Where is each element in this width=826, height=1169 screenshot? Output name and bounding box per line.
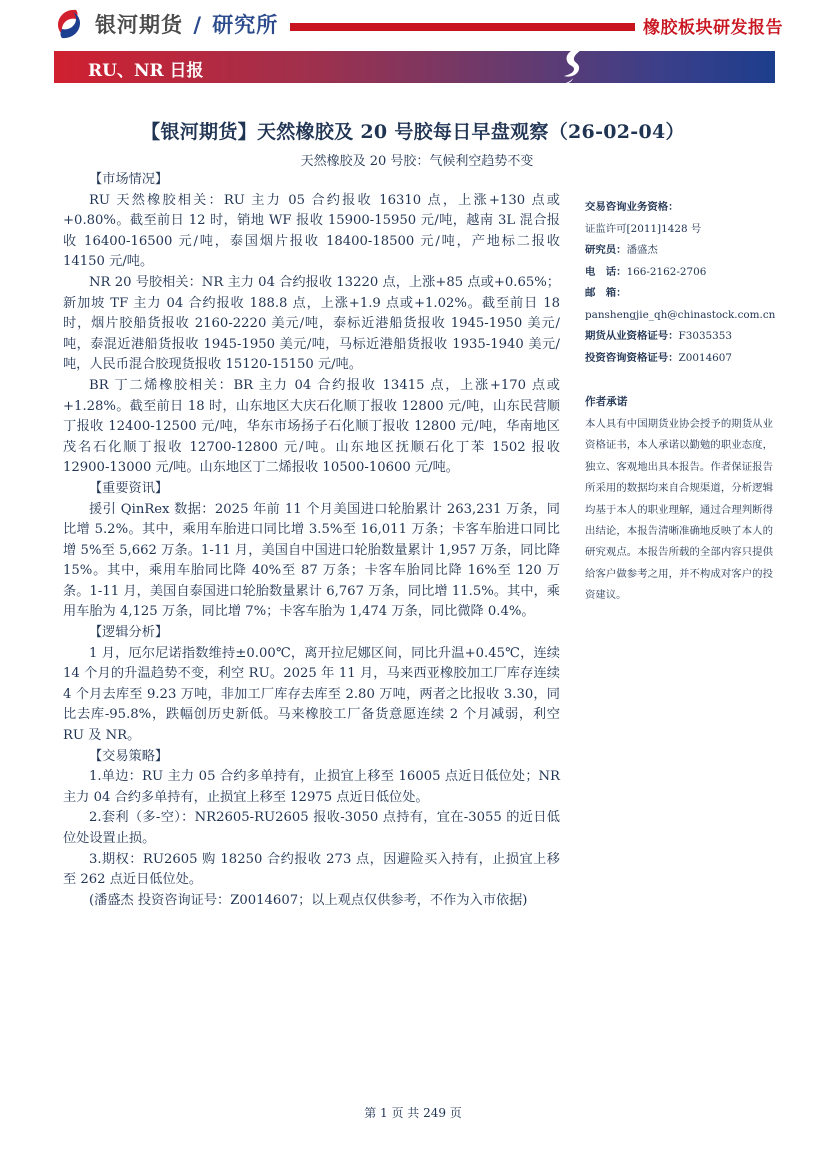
researcher-label: 研究员： [585, 244, 627, 256]
section-heading-strategy: 【交易策略】 [63, 747, 560, 768]
market-paragraph-ru: RU 天然橡胶相关：RU 主力 05 合约报收 16310 点，上涨+130 点… [63, 191, 560, 273]
header-divider [290, 23, 635, 31]
futures-cert-value: F3035353 [679, 330, 733, 342]
report-type-label: 橡胶板块研发报告 [643, 13, 783, 38]
strategy-options: 3.期权：RU2605 购 18250 合约报收 273 点，因避险买入持有，止… [63, 850, 560, 891]
phone-row: 电 话：166-2162-2706 [585, 262, 785, 284]
news-paragraph: 援引 QinRex 数据：2025 年前 11 个月美国进口轮胎累计 263,2… [63, 500, 560, 624]
invest-cert-value: Z0014607 [679, 352, 733, 364]
qualification-value: 证监许可[2011]1428 号 [585, 223, 701, 235]
section-heading-news: 【重要资讯】 [63, 479, 560, 500]
strategy-single-side: 1.单边：RU 主力 05 合约多单持有，止损宜上移至 16005 点近日低位处… [63, 767, 560, 808]
phone-label: 电 话： [585, 266, 627, 278]
email-link[interactable]: panshengjie_qh@chinastock.com.cn [585, 309, 775, 321]
report-title: 【银河期货】天然橡胶及 20 号胶每日早盘观察（26-02-04） [0, 117, 826, 144]
brand-name: 银河期货 / 研究所 [95, 9, 278, 39]
email-label: 邮 箱： [585, 287, 627, 299]
brand-slash: / [193, 13, 202, 37]
page-number: 第 1 页 共 249 页 [0, 1104, 826, 1121]
swirl-s-icon [558, 45, 588, 87]
logic-paragraph: 1 月，厄尔尼诺指数维持±0.00℃，离开拉尼娜区间，同比升温+0.45℃，连续… [63, 644, 560, 747]
report-header: 银河期货 / 研究所 橡胶板块研发报告 RU、NR 日报 [0, 0, 826, 95]
report-body: 【市场情况】 RU 天然橡胶相关：RU 主力 05 合约报收 16310 点，上… [63, 170, 560, 911]
invest-cert-label: 投资咨询资格证号： [585, 352, 679, 364]
brand-company: 银河期货 [95, 13, 183, 37]
email-value-row: panshengjie_qh@chinastock.com.cn [585, 305, 785, 327]
researcher-name: 潘盛杰 [627, 244, 658, 256]
author-promise-title: 作者承诺 [585, 394, 627, 409]
strategy-arbitrage: 2.套利（多-空）：NR2605-RU2605 报收-3050 点持有，宜在-3… [63, 808, 560, 849]
market-paragraph-br: BR 丁二烯橡胶相关：BR 主力 04 合约报收 13415 点，上涨+170 … [63, 376, 560, 479]
author-promise-text: 本人具有中国期货业协会授予的期货从业资格证书，本人承诺以勤勉的职业态度，独立、客… [585, 414, 773, 607]
invest-cert-row: 投资咨询资格证号：Z0014607 [585, 348, 785, 370]
galaxy-futures-logo-icon [54, 8, 84, 40]
futures-cert-row: 期货从业资格证号：F3035353 [585, 326, 785, 348]
qualification-value-row: 证监许可[2011]1428 号 [585, 219, 785, 241]
analyst-disclaimer: (潘盛杰 投资咨询证号：Z0014607；以上观点仅供参考，不作为入市依据) [63, 891, 560, 912]
section-heading-logic: 【逻辑分析】 [63, 623, 560, 644]
qualification-label: 交易咨询业务资格： [585, 201, 679, 213]
report-subtitle: 天然橡胶及 20 号胶：气候利空趋势不变 [0, 150, 826, 169]
market-paragraph-nr: NR 20 号胶相关：NR 主力 04 合约报收 13220 点，上涨+85 点… [63, 273, 560, 376]
email-row: 邮 箱： [585, 283, 785, 305]
report-banner: RU、NR 日报 [54, 51, 775, 83]
section-heading-market: 【市场情况】 [63, 170, 560, 191]
researcher-row: 研究员：潘盛杰 [585, 240, 785, 262]
analyst-info-sidebar: 交易咨询业务资格： 证监许可[2011]1428 号 研究员：潘盛杰 电 话：1… [585, 197, 785, 369]
qualification-row: 交易咨询业务资格： [585, 197, 785, 219]
futures-cert-label: 期货从业资格证号： [585, 330, 679, 342]
phone-value: 166-2162-2706 [627, 266, 707, 278]
brand-institute: 研究所 [212, 13, 278, 37]
banner-title: RU、NR 日报 [88, 56, 204, 81]
